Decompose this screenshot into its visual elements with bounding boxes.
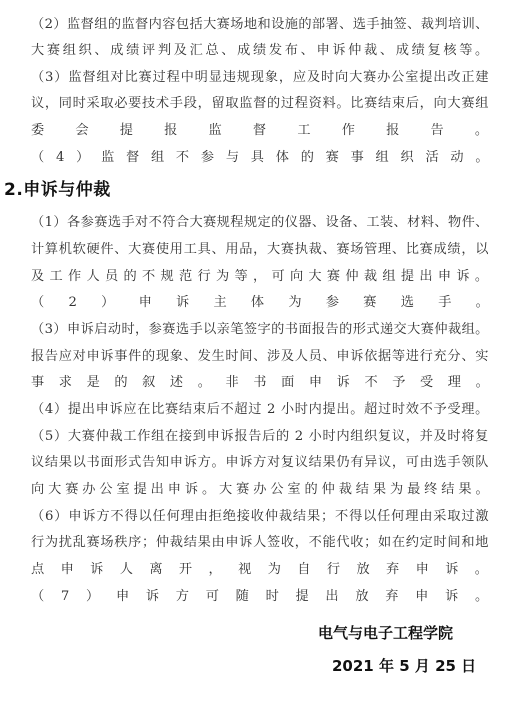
text-line: 议结果以书面形式告知申诉方。申诉方对复议结果仍有异议，可由选手领队: [31, 454, 489, 472]
text-line: （4）监督组不参与具体的赛事组织活动。: [31, 149, 500, 167]
text-line: 点申诉人离开，视为自行放弃申诉。: [31, 561, 504, 579]
text-line: （5）大赛仲裁工作组在接到申诉报告后的 2 小时内组织复议，并及时将复: [31, 428, 489, 446]
text-line: （2）申诉主体为参赛选手。: [31, 294, 512, 312]
text-line: 及工作人员的不规范行为等，可向大赛仲裁组提出申诉。: [31, 268, 493, 286]
text-line: 向大赛办公室提出申诉。大赛办公室的仲裁结果为最终结果。: [31, 481, 493, 499]
text-line: 行为扰乱赛场秩序；仲裁结果由申诉人签收，不能代收；如在约定时间和地: [31, 534, 489, 552]
text-line: （1）各参赛选手对不符合大赛规程规定的仪器、设备、工装、材料、物件、: [31, 214, 489, 232]
signature-organization: 电气与电子工程学院: [318, 622, 453, 643]
signature-date: 2021 年 5 月 25 日: [332, 655, 476, 676]
text-line: （4）提出申诉应在比赛结束后不超过 2 小时内提出。超过时效不予受理。: [31, 401, 489, 419]
text-line: （2）监督组的监督内容包括大赛场地和设施的部署、选手抽签、裁判培训、: [31, 16, 489, 34]
section-heading: 2.申诉与仲裁: [4, 179, 111, 201]
text-line: （7）申诉方可随时提出放弃申诉。: [31, 588, 505, 606]
text-line: 事求是的叙述。非书面申诉不予受理。: [31, 374, 503, 392]
text-line: （6）申诉方不得以任何理由拒绝接收仲裁结果；不得以任何理由采取过激: [31, 508, 489, 526]
text-line: （3）监督组对比赛过程中明显违规现象，应及时向大赛办公室提出改正建: [31, 69, 489, 87]
text-line: 报告应对申诉事件的现象、发生时间、涉及人员、申诉依据等进行充分、实: [31, 348, 489, 366]
text-line: （3）申诉启动时，参赛选手以亲笔签字的书面报告的形式递交大赛仲裁组。: [31, 321, 489, 339]
text-line: 大赛组织、成绩评判及汇总、成绩发布、申诉仲裁、成绩复核等。: [31, 42, 491, 60]
text-line: 委会提报监督工作报告。: [31, 122, 512, 140]
text-line: 议，同时采取必要技术手段，留取监督的过程资料。比赛结束后，向大赛组: [31, 95, 489, 113]
text-line: 计算机软硬件、大赛使用工具、用品，大赛执裁、赛场管理、比赛成绩，以: [31, 241, 489, 259]
